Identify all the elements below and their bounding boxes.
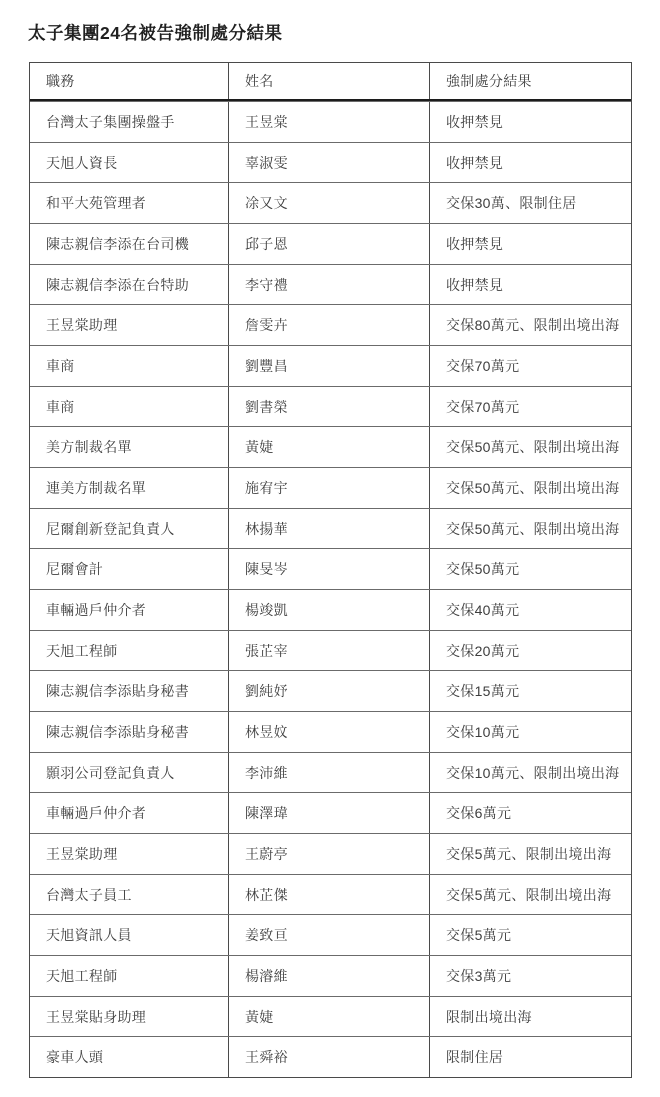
table-row: 天旭資訊人員姜致亘交保5萬元: [30, 914, 631, 955]
position-cell: 車商: [30, 387, 228, 427]
position-cell: 天旭資訊人員: [30, 915, 228, 955]
table-row: 車商劉書榮交保70萬元: [30, 386, 631, 427]
table-header-row: 職務 姓名 強制處分結果: [30, 63, 631, 101]
result-cell: 交保5萬元、限制出境出海: [429, 875, 631, 915]
position-cell: 美方制裁名單: [30, 427, 228, 467]
position-cell: 和平大苑管理者: [30, 183, 228, 223]
name-cell: 陳旻岑: [228, 549, 429, 589]
result-cell: 交保30萬、限制住居: [429, 183, 631, 223]
table-row: 陳志親信李添貼身秘書劉純妤交保15萬元: [30, 670, 631, 711]
result-cell: 交保70萬元: [429, 346, 631, 386]
name-cell: 王蔚亭: [228, 834, 429, 874]
position-cell: 陳志親信李添貼身秘書: [30, 712, 228, 752]
result-cell: 交保5萬元: [429, 915, 631, 955]
result-cell: 交保10萬元、限制出境出海: [429, 753, 631, 793]
position-cell: 天旭人資長: [30, 143, 228, 183]
defendants-table: 職務 姓名 強制處分結果 台灣太子集團操盤手王昱棠收押禁見天旭人資長辜淑雯收押禁…: [29, 62, 632, 1078]
name-cell: 劉書榮: [228, 387, 429, 427]
name-cell: 楊竣凱: [228, 590, 429, 630]
name-cell: 李守禮: [228, 265, 429, 305]
name-cell: 黃婕: [228, 427, 429, 467]
name-cell: 姜致亘: [228, 915, 429, 955]
header-name: 姓名: [228, 63, 429, 99]
result-cell: 交保20萬元: [429, 631, 631, 671]
table-row: 連美方制裁名單施宥宇交保50萬元、限制出境出海: [30, 467, 631, 508]
name-cell: 王昱棠: [228, 102, 429, 142]
position-cell: 王昱棠助理: [30, 834, 228, 874]
table-row: 車輛過戶仲介者陳澤瑋交保6萬元: [30, 792, 631, 833]
table-row: 陳志親信李添在台特助李守禮收押禁見: [30, 264, 631, 305]
name-cell: 楊濬維: [228, 956, 429, 996]
position-cell: 車輛過戶仲介者: [30, 793, 228, 833]
table-row: 美方制裁名單黃婕交保50萬元、限制出境出海: [30, 426, 631, 467]
name-cell: 陳澤瑋: [228, 793, 429, 833]
name-cell: 辜淑雯: [228, 143, 429, 183]
position-cell: 陳志親信李添貼身秘書: [30, 671, 228, 711]
position-cell: 天旭工程師: [30, 956, 228, 996]
name-cell: 林昱妏: [228, 712, 429, 752]
page-title: 太子集團24名被告強制處分結果: [28, 20, 282, 45]
table-row: 陳志親信李添在台司機邱子恩收押禁見: [30, 223, 631, 264]
table-row: 車輛過戶仲介者楊竣凱交保40萬元: [30, 589, 631, 630]
result-cell: 交保50萬元、限制出境出海: [429, 427, 631, 467]
position-cell: 尼爾會計: [30, 549, 228, 589]
result-cell: 交保50萬元、限制出境出海: [429, 468, 631, 508]
result-cell: 收押禁見: [429, 224, 631, 264]
table-row: 王昱棠貼身助理黃婕限制出境出海: [30, 996, 631, 1037]
result-cell: 收押禁見: [429, 102, 631, 142]
position-cell: 豪車人頭: [30, 1037, 228, 1077]
result-cell: 交保50萬元: [429, 549, 631, 589]
result-cell: 交保50萬元、限制出境出海: [429, 509, 631, 549]
position-cell: 台灣太子集團操盤手: [30, 102, 228, 142]
result-cell: 交保3萬元: [429, 956, 631, 996]
table-row: 王昱棠助理王蔚亭交保5萬元、限制出境出海: [30, 833, 631, 874]
table-row: 天旭工程師張芷宰交保20萬元: [30, 630, 631, 671]
position-cell: 王昱棠貼身助理: [30, 997, 228, 1037]
table-row: 王昱棠助理詹雯卉交保80萬元、限制出境出海: [30, 304, 631, 345]
name-cell: 李沛維: [228, 753, 429, 793]
position-cell: 車商: [30, 346, 228, 386]
position-cell: 台灣太子員工: [30, 875, 228, 915]
name-cell: 施宥宇: [228, 468, 429, 508]
header-position: 職務: [30, 63, 228, 99]
name-cell: 劉純妤: [228, 671, 429, 711]
name-cell: 林揚華: [228, 509, 429, 549]
position-cell: 車輛過戶仲介者: [30, 590, 228, 630]
result-cell: 交保10萬元: [429, 712, 631, 752]
article-page: 太子集團24名被告強制處分結果 職務 姓名 強制處分結果 台灣太子集團操盤手王昱…: [0, 0, 660, 1097]
result-cell: 交保6萬元: [429, 793, 631, 833]
result-cell: 限制出境出海: [429, 997, 631, 1037]
table-row: 和平大苑管理者凃又文交保30萬、限制住居: [30, 182, 631, 223]
table-row: 天旭人資長辜淑雯收押禁見: [30, 142, 631, 183]
name-cell: 邱子恩: [228, 224, 429, 264]
table-row: 尼爾創新登記負責人林揚華交保50萬元、限制出境出海: [30, 508, 631, 549]
position-cell: 陳志親信李添在台司機: [30, 224, 228, 264]
result-cell: 交保5萬元、限制出境出海: [429, 834, 631, 874]
result-cell: 交保40萬元: [429, 590, 631, 630]
result-cell: 收押禁見: [429, 265, 631, 305]
name-cell: 張芷宰: [228, 631, 429, 671]
table-row: 豪車人頭王舜裕限制住居: [30, 1036, 631, 1077]
table-row: 尼爾會計陳旻岑交保50萬元: [30, 548, 631, 589]
position-cell: 陳志親信李添在台特助: [30, 265, 228, 305]
name-cell: 林芷傑: [228, 875, 429, 915]
name-cell: 詹雯卉: [228, 305, 429, 345]
result-cell: 收押禁見: [429, 143, 631, 183]
name-cell: 劉豐昌: [228, 346, 429, 386]
name-cell: 凃又文: [228, 183, 429, 223]
table-row: 台灣太子集團操盤手王昱棠收押禁見: [30, 101, 631, 142]
position-cell: 王昱棠助理: [30, 305, 228, 345]
header-result: 強制處分結果: [429, 63, 631, 99]
name-cell: 黃婕: [228, 997, 429, 1037]
table-row: 台灣太子員工林芷傑交保5萬元、限制出境出海: [30, 874, 631, 915]
position-cell: 尼爾創新登記負責人: [30, 509, 228, 549]
result-cell: 交保15萬元: [429, 671, 631, 711]
table-row: 陳志親信李添貼身秘書林昱妏交保10萬元: [30, 711, 631, 752]
table-row: 車商劉豐昌交保70萬元: [30, 345, 631, 386]
name-cell: 王舜裕: [228, 1037, 429, 1077]
result-cell: 交保80萬元、限制出境出海: [429, 305, 631, 345]
result-cell: 限制住居: [429, 1037, 631, 1077]
result-cell: 交保70萬元: [429, 387, 631, 427]
table-row: 天旭工程師楊濬維交保3萬元: [30, 955, 631, 996]
position-cell: 天旭工程師: [30, 631, 228, 671]
position-cell: 連美方制裁名單: [30, 468, 228, 508]
position-cell: 顥羽公司登記負責人: [30, 753, 228, 793]
table-row: 顥羽公司登記負責人李沛維交保10萬元、限制出境出海: [30, 752, 631, 793]
